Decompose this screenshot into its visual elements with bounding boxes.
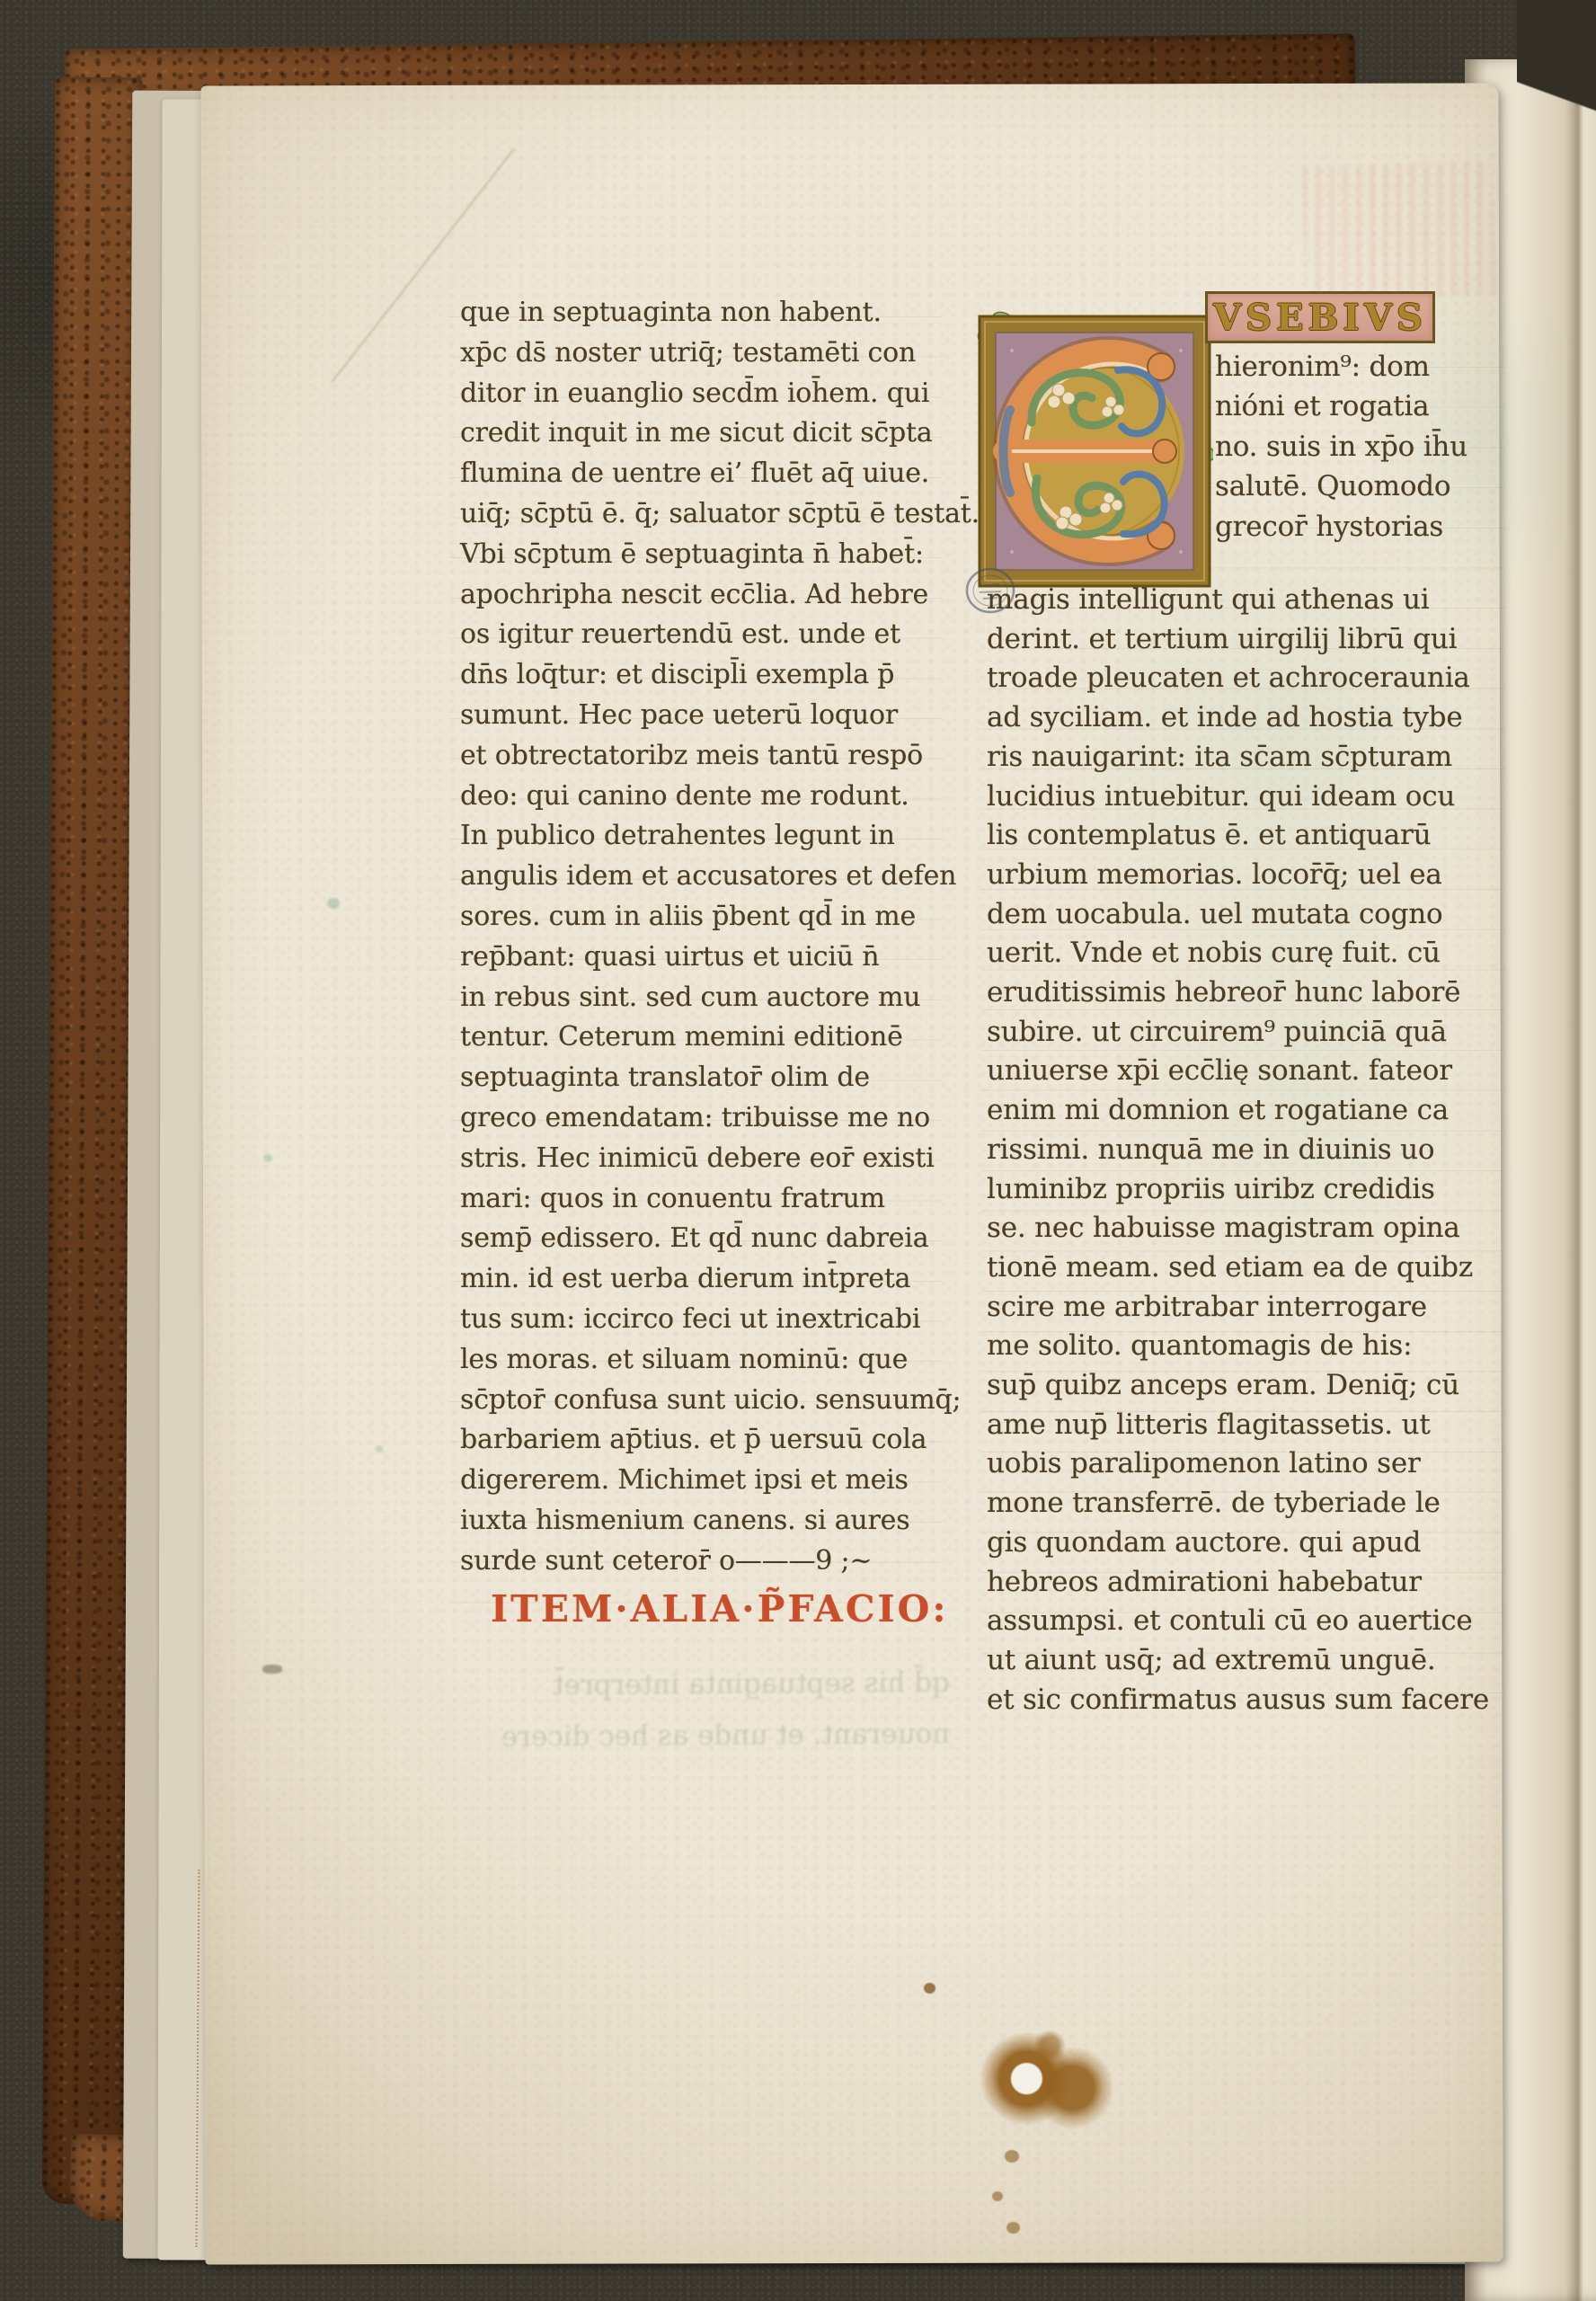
rubric-show-through	[1302, 160, 1495, 301]
manuscript-text-line: subire. ut circuirem⁹ puinciā quā	[987, 1013, 1512, 1053]
margin-mark	[262, 1665, 282, 1674]
right-column-intro-lines: hieronim⁹: domnióni et rogatiano. suis i…	[1215, 347, 1512, 546]
small-brown-spot	[924, 1983, 935, 1994]
stain-droplet	[1005, 2150, 1019, 2163]
manuscript-text-line: lis contemplatus ē. et antiquarū	[987, 816, 1512, 856]
manuscript-text-line: lucidius intuebitur. qui ideam ocu	[987, 777, 1512, 817]
manuscript-text-line: que in septuaginta non habent.	[460, 293, 945, 333]
manuscript-text-line: sores. cum in aliis p̄bent qd̄ in me	[460, 897, 945, 937]
manuscript-text-line: semp̄ edissero. Et qd̄ nunc dabreia	[460, 1219, 945, 1259]
manuscript-text-line: enim mi domnion et rogatiane ca	[987, 1091, 1512, 1131]
manuscript-text-line: in rebus sint. sed cum auctore mu	[460, 978, 945, 1018]
manuscript-text-line: salutē. Quomodo	[1215, 466, 1512, 506]
manuscript-text-line: sup̄ quibz anceps eram. Deniq̄; cū	[987, 1366, 1512, 1406]
manuscript-text-line: flumina de uentre ei’ fluēt aq̄ uiue.	[460, 454, 945, 494]
green-speck	[327, 898, 340, 909]
manuscript-text-line: ut aiunt usq̄; ad extremū unguē.	[987, 1641, 1512, 1681]
manuscript-text-line: Vbi sc̄ptum ē septuaginta n̄ habet̄:	[460, 535, 945, 575]
manuscript-text-line: stris. Hec inimicū debere eor̄ existi	[460, 1139, 945, 1179]
manuscript-photo: que in septuaginta non habent.xp̄c ds̄ n…	[0, 0, 1596, 2301]
manuscript-text-line: grecor̄ hystorias	[1215, 507, 1512, 546]
manuscript-text-line: deo: qui canino dente me rodunt.	[460, 777, 945, 817]
manuscript-text-line: sc̄ptor̄ confusa sunt uicio. sensuumq̄;	[460, 1381, 945, 1421]
manuscript-text-line: xp̄c ds̄ noster utriq̄; testamēti con	[460, 333, 945, 374]
manuscript-text-line: dem uocabula. uel mutata cogno	[987, 895, 1512, 935]
manuscript-text-line: troade pleucaten et achroceraunia	[987, 659, 1512, 698]
manuscript-text-line: mari: quos in conuentu fratrum	[460, 1179, 945, 1220]
manuscript-text-line: septuaginta translator̄ olim de	[460, 1058, 945, 1098]
manuscript-text-line: magis intelligunt qui athenas ui	[987, 581, 1512, 620]
background-corner-top-right	[1517, 0, 1596, 171]
manuscript-text-line: eruditissimis hebreor̄ hunc laborē	[987, 973, 1512, 1013]
manuscript-text-line: me solito. quantomagis de his:	[987, 1327, 1512, 1366]
eusebius-header-text: VSEBIVS	[1213, 297, 1427, 339]
manuscript-text-line: angulis idem et accusatores et defen	[460, 857, 945, 897]
manuscript-text-line: credit inquit in me sicut dicit sc̄pta	[460, 413, 945, 454]
manuscript-text-line: uerit. Vnde et nobis curę fuit. cū	[987, 934, 1512, 973]
manuscript-text-line: assumpsi. et contuli cū eo auertice	[987, 1602, 1512, 1641]
manuscript-text-line: les moras. et siluam nominū: que	[460, 1340, 945, 1381]
manuscript-text-line: tentur. Ceterum memini editionē	[460, 1017, 945, 1058]
manuscript-text-line: luminibz propriis uiribz credidis	[987, 1170, 1512, 1210]
manuscript-text-line: ame nup̄ litteris flagitassetis. ut	[987, 1406, 1512, 1445]
manuscript-text-line: iuxta hismenium canens. si aures	[460, 1501, 945, 1541]
rubric-item-alia-prefacio: ITEM·ALIA·P̃FACIO:	[491, 1587, 958, 1630]
manuscript-text-line: uobis paralipomenon latino ser	[987, 1444, 1512, 1484]
manuscript-text-line: derint. et tertium uirgilij librū qui	[987, 620, 1512, 660]
green-speck	[263, 1154, 272, 1162]
manuscript-text-line: nióni et rogatia	[1215, 386, 1512, 426]
manuscript-text-line: urbium memorias. locor̄q̄; uel ea	[987, 856, 1512, 895]
manuscript-text-line: ditor in euanglio secd̄m ioh̄em. qui	[460, 374, 945, 414]
manuscript-text-line: os igitur reuertendū est. unde et	[460, 615, 945, 655]
stain-droplet	[992, 2191, 1003, 2201]
manuscript-text-line: et obtrectatoribz meis tantū respō	[460, 736, 945, 777]
manuscript-text-line: digererem. Michimet ipsi et meis	[460, 1461, 945, 1501]
manuscript-text-line: tionē meam. sed etiam ea de quibz	[987, 1248, 1512, 1288]
manuscript-text-line: scire me arbitrabar interrogare	[987, 1288, 1512, 1328]
manuscript-text-line: et sic confirmatus ausus sum facere	[987, 1681, 1512, 1720]
manuscript-text-line: In publico detrahentes legunt in	[460, 816, 945, 857]
manuscript-text-line: mone transferrē. de tyberiade le	[987, 1484, 1512, 1524]
left-text-column: que in septuaginta non habent.xp̄c ds̄ n…	[460, 293, 945, 1582]
manuscript-text-line: ad syciliam. et inde ad hostia tybe	[987, 698, 1512, 738]
manuscript-text-line: rep̄bant: quasi uirtus et uiciū n̄	[460, 937, 945, 978]
manuscript-text-line: uiq̄; sc̄ptū ē. q̄; saluator sc̄ptū ē te…	[460, 494, 945, 535]
show-through-line: qd̄ his septuaginta interpret̄	[454, 1657, 950, 1712]
manuscript-text-line: hieronim⁹: dom	[1215, 347, 1512, 386]
right-text-column: magis intelligunt qui athenas uiderint. …	[987, 581, 1512, 1719]
manuscript-text-line: gis quondam auctore. qui apud	[987, 1524, 1512, 1563]
manuscript-text-line: greco emendatam: tribuisse me no	[460, 1098, 945, 1139]
manuscript-text-line: ris nauigarint: ita sc̄am sc̄pturam	[987, 738, 1512, 777]
manuscript-text-line: barbariem ap̄tius. et p̄ uersuū cola	[460, 1420, 945, 1461]
stain-droplet	[1006, 2222, 1020, 2234]
manuscript-text-line: tus sum: iccirco feci ut inextricabi	[460, 1300, 945, 1340]
green-speck	[376, 1445, 383, 1453]
verso-show-through-text: qd̄ his septuaginta interpret̄nouerant. …	[454, 1657, 951, 1764]
brown-stain-with-hole	[978, 2030, 1122, 2146]
eusebius-header-band: VSEBIVS	[1205, 291, 1435, 343]
manuscript-text-line: se. nec habuisse magistram opina	[987, 1209, 1512, 1248]
manuscript-text-line: dn̄s loq̄tur: et discipl̄i exempla p̄	[460, 655, 945, 696]
manuscript-text-line: uniuerse xp̄i ecc̄lię sonant. fateor	[987, 1052, 1512, 1091]
manuscript-text-line: hebreos admirationi habebatur	[987, 1563, 1512, 1603]
manuscript-text-line: sumunt. Hec pace ueterū loquor	[460, 696, 945, 736]
manuscript-text-line: apochripha nescit ecc̄lia. Ad hebre	[460, 575, 945, 616]
initial-E-artwork	[976, 311, 1213, 591]
illuminated-initial-E	[976, 311, 1213, 591]
manuscript-text-line: surde sunt ceteror̄ o———9 ;~	[460, 1541, 945, 1582]
manuscript-text-line: rissimi. nunquā me in diuinis uo	[987, 1131, 1512, 1170]
show-through-line: nouerant. et unde as hec dicere	[454, 1709, 950, 1764]
manuscript-text-line: no. suis in xp̄o ih̄u	[1215, 427, 1512, 466]
manuscript-text-line: min. id est uerba dierum int̄preta	[460, 1259, 945, 1300]
